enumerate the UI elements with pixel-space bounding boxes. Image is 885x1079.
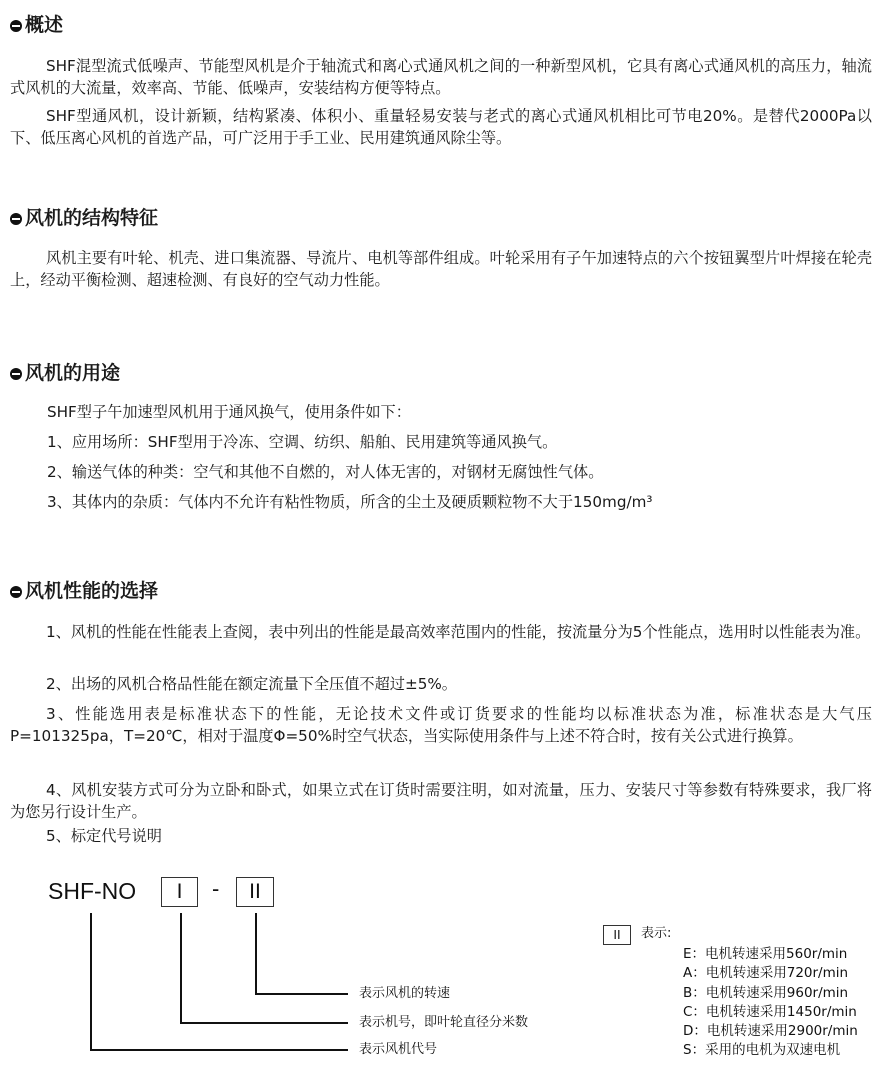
overview-paragraph-2: SHF型通风机，设计新颖，结构紧凑、体积小、重量轻易安装与老式的离心式通风机相比… bbox=[10, 105, 872, 149]
performance-paragraph-2: 2、出场的风机合格品性能在额定流量下全压值不超过±5%。 bbox=[10, 673, 872, 695]
usage-line-3: 3、其体内的杂质：气体内不允许有粘性物质，所含的尘土及硬质颗粒物不大于150mg… bbox=[47, 491, 652, 513]
overview-paragraph-1: SHF混型流式低噪声、节能型风机是介于轴流式和离心式通风机之间的一种新型风机，它… bbox=[10, 55, 872, 99]
legend-item-b: B：电机转速采用960r/min bbox=[683, 984, 848, 1002]
usage-line-1: 1、应用场所：SHF型用于冷冻、空调、纺织、船舶、民用建筑等通风换气。 bbox=[47, 431, 557, 453]
section-title-usage: 风机的用途 bbox=[10, 361, 120, 385]
section-title-text: 风机的用途 bbox=[25, 361, 120, 385]
legend-item-c: C：电机转速采用1450r/min bbox=[683, 1003, 857, 1021]
performance-paragraph-5: 5、标定代号说明 bbox=[10, 825, 872, 847]
usage-line-intro: SHF型子午加速型风机用于通风换气，使用条件如下： bbox=[47, 401, 411, 423]
performance-paragraph-1: 1、风机的性能在性能表上查阅，表中列出的性能是最高效率范围内的性能，按流量分为5… bbox=[10, 621, 872, 643]
legend-box: II bbox=[603, 925, 631, 945]
usage-line-2: 2、输送气体的种类：空气和其他不自燃的，对人体无害的，对钢材无腐蚀性气体。 bbox=[47, 461, 603, 483]
connector-horizontal-box2 bbox=[255, 993, 348, 995]
label-speed: 表示风机的转速 bbox=[359, 986, 450, 1002]
legend-heading: 表示: bbox=[641, 926, 671, 942]
section-title-text: 风机的结构特征 bbox=[25, 206, 158, 230]
structure-paragraph-1: 风机主要有叶轮、机壳、进口集流器、导流片、电机等部件组成。叶轮采用有子午加速特点… bbox=[10, 247, 872, 291]
minus-circle-icon bbox=[10, 20, 22, 32]
code-separator: - bbox=[212, 876, 219, 902]
connector-vertical-prefix bbox=[90, 913, 92, 1051]
section-title-text: 风机性能的选择 bbox=[25, 579, 158, 603]
section-title-structure: 风机的结构特征 bbox=[10, 206, 158, 230]
label-fan-code: 表示风机代号 bbox=[359, 1042, 437, 1058]
minus-circle-icon bbox=[10, 368, 22, 380]
section-title-overview: 概述 bbox=[10, 13, 63, 37]
section-title-performance: 风机性能的选择 bbox=[10, 579, 158, 603]
code-box-1: I bbox=[161, 877, 198, 907]
code-prefix: SHF-NO bbox=[48, 876, 136, 906]
legend-item-s: S：采用的电机为双速电机 bbox=[683, 1041, 840, 1059]
performance-paragraph-3: 3、性能选用表是标准状态下的性能，无论技术文件或订货要求的性能均以标准状态为准，… bbox=[10, 703, 872, 747]
connector-vertical-box1 bbox=[180, 913, 182, 1024]
label-machine-number: 表示机号，即叶轮直径分米数 bbox=[359, 1015, 528, 1031]
minus-circle-icon bbox=[10, 586, 22, 598]
section-title-text: 概述 bbox=[25, 13, 63, 37]
connector-horizontal-box1 bbox=[180, 1022, 348, 1024]
connector-horizontal-prefix bbox=[90, 1049, 348, 1051]
performance-paragraph-4: 4、风机安装方式可分为立卧和卧式，如果立式在订货时需要注明，如对流量，压力、安装… bbox=[10, 779, 872, 823]
minus-circle-icon bbox=[10, 213, 22, 225]
connector-vertical-box2 bbox=[255, 913, 257, 995]
legend-item-d: D：电机转速采用2900r/min bbox=[683, 1022, 858, 1040]
legend-item-a: A：电机转速采用720r/min bbox=[683, 964, 848, 982]
legend-item-e: E：电机转速采用560r/min bbox=[683, 945, 847, 963]
code-box-2: II bbox=[236, 877, 274, 907]
